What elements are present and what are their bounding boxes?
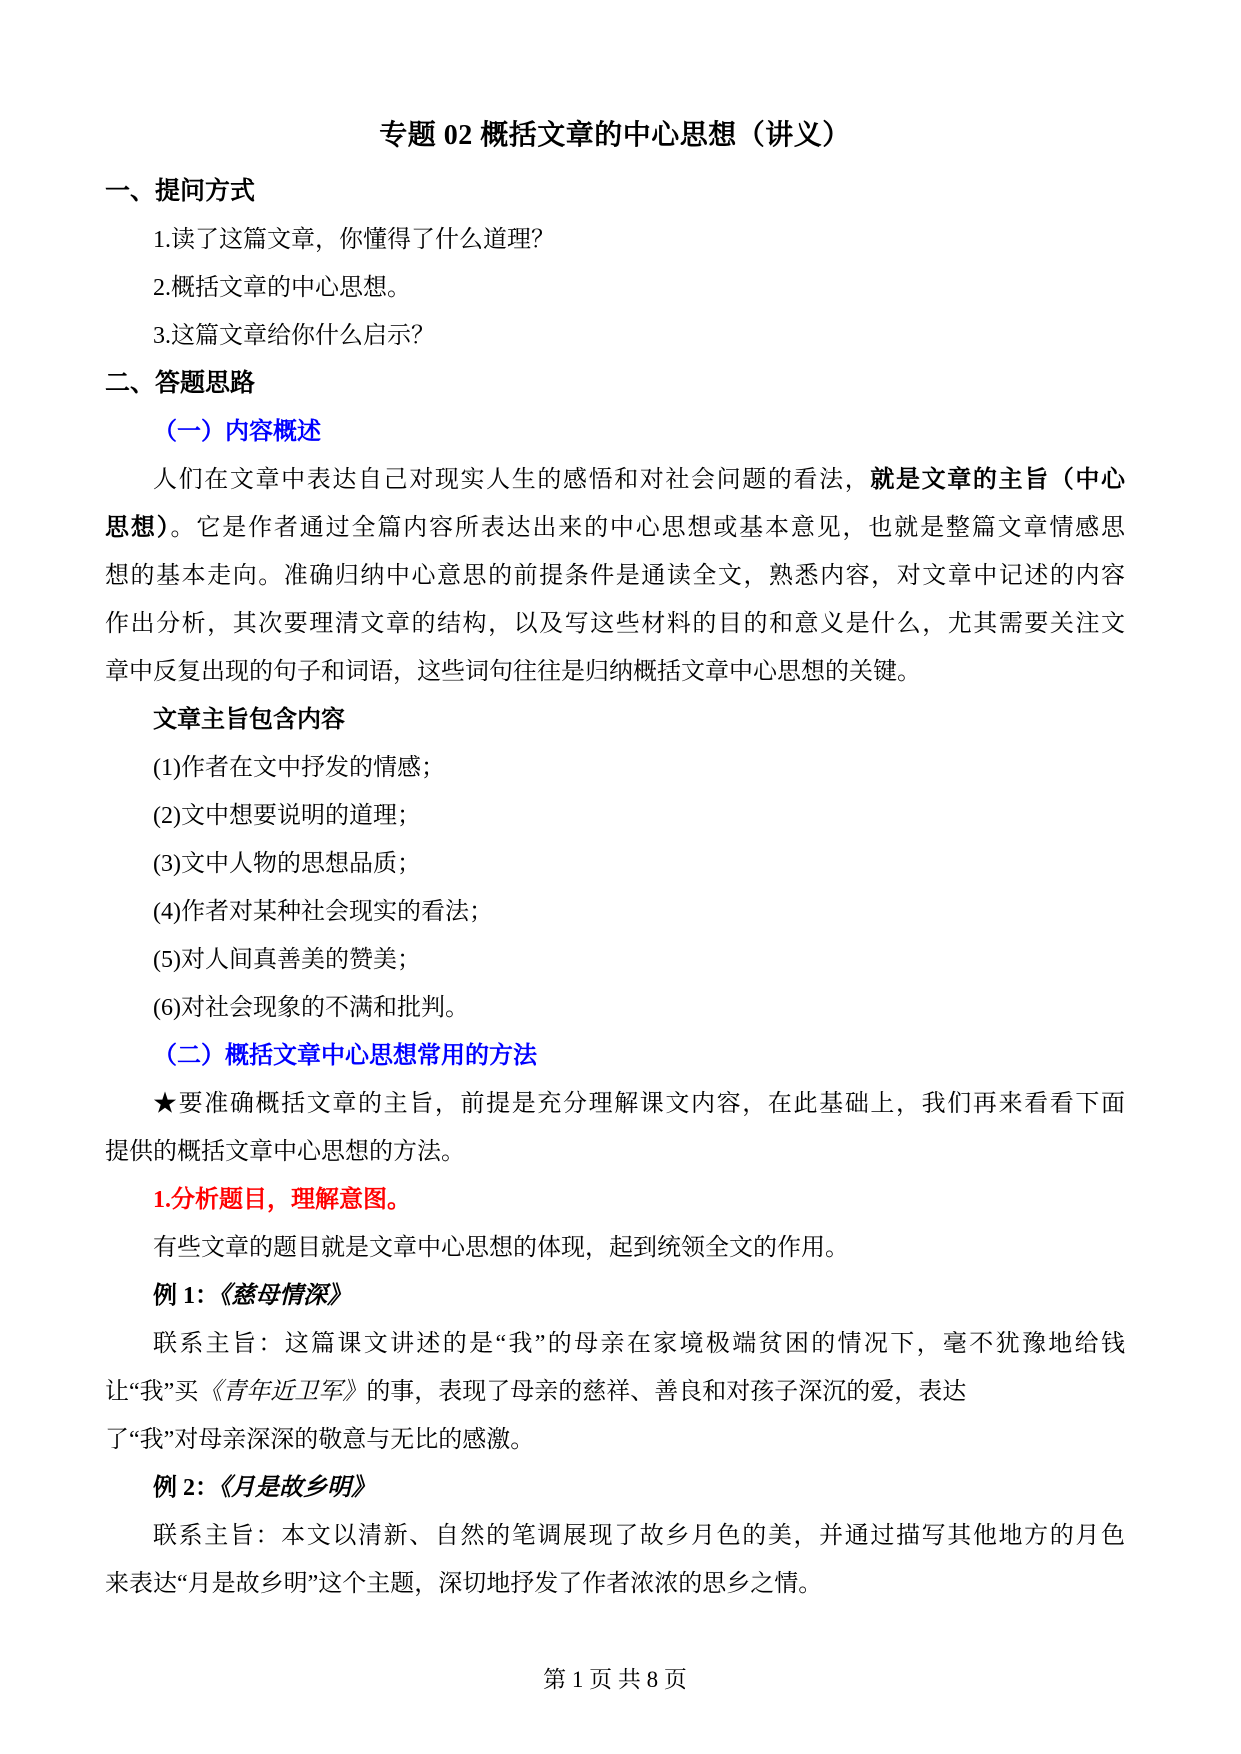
- intro-paragraph-line: 提供的概括文章中心思想的方法。: [105, 1128, 1125, 1176]
- subsection-1-heading: （一）内容概述: [105, 408, 1125, 456]
- list-item-6: (6)对社会现象的不满和批判。: [105, 984, 1125, 1032]
- example-2-book-title: 《月是故乡明》: [219, 1475, 375, 1501]
- example-2-paragraph-line: 联系主旨：本文以清新、自然的笔调展现了故乡月色的美，并通过描写其他地方的月色: [105, 1512, 1125, 1560]
- question-item-3: 3.这篇文章给你什么启示？: [105, 312, 1125, 360]
- inline-book-title: 《青年近卫军》: [198, 1379, 366, 1405]
- paragraph-text: 人们在文章中表达自己对现实人生的感悟和对社会问题的看法，: [153, 467, 870, 493]
- example-2-paragraph-line: 来表达“月是故乡明”这个主题，深切地抒发了作者浓浓的思乡之情。: [105, 1560, 1125, 1608]
- example-2-heading: 例 2：《月是故乡明》: [105, 1464, 1125, 1512]
- method-1-heading: 1.分析题目，理解意图。: [105, 1176, 1125, 1224]
- list-title: 文章主旨包含内容: [105, 696, 1125, 744]
- page-number: 第 1 页 共 8 页: [105, 1656, 1125, 1704]
- example-1-paragraph-line: 了“我”对母亲深深的敬意与无比的感激。: [105, 1416, 1125, 1464]
- paragraph-line: 思想）。它是作者通过全篇内容所表达出来的中心思想或基本意见，也就是整篇文章情感思: [105, 504, 1125, 552]
- list-item-1: (1)作者在文中抒发的情感；: [105, 744, 1125, 792]
- example-2-label: 例 2：: [153, 1475, 219, 1501]
- example-1-paragraph-line: 联系主旨：这篇课文讲述的是“我”的母亲在家境极端贫困的情况下，毫不犹豫地给钱: [105, 1320, 1125, 1368]
- example-1-paragraph-line: 让“我”买《青年近卫军》的事，表现了母亲的慈祥、善良和对孩子深沉的爱，表达: [105, 1368, 1125, 1416]
- example-1-label: 例 1：: [153, 1283, 219, 1309]
- section-1-heading: 一、提问方式: [105, 168, 1125, 216]
- paragraph-bold-text: 就是文章的主旨（中心: [870, 467, 1125, 493]
- spacer-line: [105, 1608, 1125, 1656]
- paragraph-line: 作出分析，其次要理清文章的结构，以及写这些材料的目的和意义是什么，尤其需要关注文: [105, 600, 1125, 648]
- paragraph-text: 。它是作者通过全篇内容所表达出来的中心思想或基本意见，也就是整篇文章情感思: [171, 515, 1125, 541]
- page-title: 专题 02 概括文章的中心思想（讲义）: [105, 112, 1125, 160]
- paragraph-line: 章中反复出现的句子和词语，这些词句往往是归纳概括文章中心思想的关键。: [105, 648, 1125, 696]
- method-1-description: 有些文章的题目就是文章中心思想的体现，起到统领全文的作用。: [105, 1224, 1125, 1272]
- paragraph-bold-text: 思想）: [105, 515, 171, 541]
- paragraph-line: 人们在文章中表达自己对现实人生的感悟和对社会问题的看法，就是文章的主旨（中心: [105, 456, 1125, 504]
- document-page: 专题 02 概括文章的中心思想（讲义） 一、提问方式 1.读了这篇文章，你懂得了…: [0, 0, 1241, 1754]
- list-item-2: (2)文中想要说明的道理；: [105, 792, 1125, 840]
- list-item-4: (4)作者对某种社会现实的看法；: [105, 888, 1125, 936]
- list-item-5: (5)对人间真善美的赞美；: [105, 936, 1125, 984]
- example-1-heading: 例 1：《慈母情深》: [105, 1272, 1125, 1320]
- paragraph-text: 让“我”买: [105, 1379, 198, 1405]
- example-1-book-title: 《慈母情深》: [219, 1283, 351, 1309]
- intro-paragraph-line: ★要准确概括文章的主旨，前提是充分理解课文内容，在此基础上，我们再来看看下面: [105, 1080, 1125, 1128]
- question-item-2: 2.概括文章的中心思想。: [105, 264, 1125, 312]
- question-item-1: 1.读了这篇文章，你懂得了什么道理？: [105, 216, 1125, 264]
- paragraph-text: 的事，表现了母亲的慈祥、善良和对孩子深沉的爱，表达: [366, 1379, 966, 1405]
- list-item-3: (3)文中人物的思想品质；: [105, 840, 1125, 888]
- paragraph-line: 想的基本走向。准确归纳中心意思的前提条件是通读全文，熟悉内容，对文章中记述的内容: [105, 552, 1125, 600]
- subsection-2-heading: （二）概括文章中心思想常用的方法: [105, 1032, 1125, 1080]
- section-2-heading: 二、答题思路: [105, 360, 1125, 408]
